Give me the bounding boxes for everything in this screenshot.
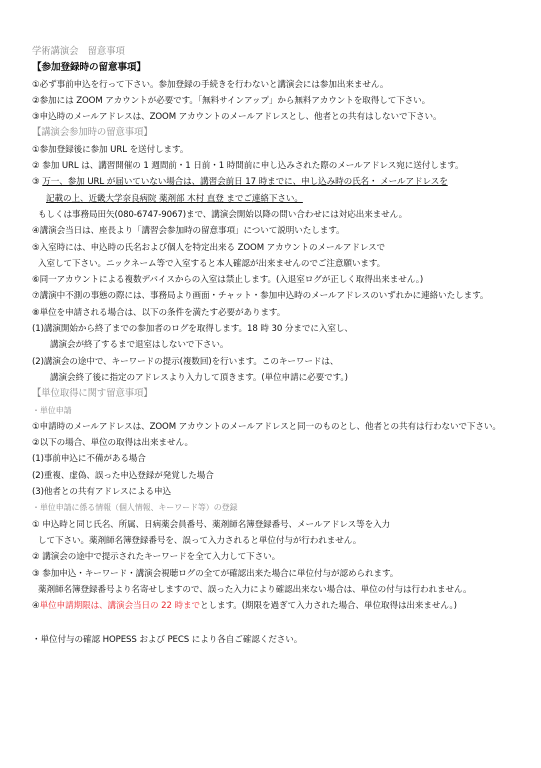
registration-item-1: ①必ず事前申込を行って下さい。参加登録の手続きを行わないと講演会には参加出来ませ…: [32, 77, 522, 93]
footer-note: ・単位付与の確認 HOPESS および PECS により各自ご確認ください。: [32, 632, 522, 648]
attendance-item-3-office: もしくは事務局田矢(080-6747-9067)まで、講演会開始以降の問い合わせ…: [32, 207, 522, 223]
document-page: 学術講演会 留意事項 【参加登録時の留意事項】 ①必ず事前申込を行って下さい。参…: [32, 44, 522, 649]
registration-info-item-1-cont: して下さい。薬剤師名簿登録番号を、誤って入力されると単位付与が行われません。: [32, 533, 522, 549]
registration-item-2: ②参加には ZOOM アカウントが必要です。「無料サインアップ」から無料アカウン…: [32, 93, 522, 109]
deadline-highlight: 単位申請期限は、講演会当日の 22 時まで: [40, 601, 200, 611]
condition-1-cont: 講演会が終了するまで退室はしないで下さい。: [32, 337, 522, 353]
spacer: [32, 614, 522, 632]
credit-case-3: (3)他者との共有アドレスによる申込: [32, 484, 522, 500]
condition-1: (1)講演開始から終了までの参加者のログを取得します。18 時 30 分までに入…: [32, 321, 522, 337]
condition-2: (2)講演会の途中で、キーワードの提示(複数回)を行います。このキーワードは、: [32, 354, 522, 370]
attendance-item-3: ③ 万一、参加 URL が届いていない場合は、講習会前日 17 時までに、申し込…: [32, 174, 522, 190]
registration-info-item-2: ② 講演会の途中で提示されたキーワードを全て入力して下さい。: [32, 549, 522, 565]
registration-info-item-3-cont: 薬剤師名簿登録番号より名寄せしますので、誤った入力により確認出来ない場合は、単位…: [32, 582, 522, 598]
attendance-item-4: ④講演会当日は、座長より「講習会参加時の留意事項」について説明いたします。: [32, 223, 522, 239]
deadline-rest: とします。(期限を過ぎて入力された場合、単位取得は出来ません。): [200, 601, 457, 611]
attendance-item-1: ①参加登録後に参加 URL を送付します。: [32, 142, 522, 158]
credit-application-subheading: ・単位申請: [32, 403, 522, 419]
attendance-item-5-cont: 入室して下さい。ニックネーム等で入室すると本人確認が出来ませんのでご注意願います…: [32, 256, 522, 272]
credit-item-2: ②以下の場合、単位の取得は出来ません。: [32, 435, 522, 451]
registration-item-3: ③申込時のメールアドレスは、ZOOM アカウントのメールアドレスとし、他者との共…: [32, 109, 522, 125]
attendance-item-8: ⑧単位を申請される場合は、以下の条件を満たす必要があります。: [32, 305, 522, 321]
registration-info-item-3: ③ 参加申込・キーワード・講演会視聴ログの全てが確認出来た場合に単位付与が認めら…: [32, 566, 522, 582]
section-attendance-heading: 【講演会参加時の留意事項】: [32, 125, 522, 141]
section-credit-heading: 【単位取得に関す留意事項】: [32, 386, 522, 402]
registration-info-item-1: ① 申込時と同じ氏名、所属、日病薬会員番号、薬剤師名簿登録番号、メールアドレス等…: [32, 517, 522, 533]
attendance-item-3-underlined: 万一、参加 URL が届いていない場合は、講習会前日 17 時までに、申し込み時…: [42, 177, 447, 187]
attendance-item-3-contact-underlined: 記載の上、近畿大学奈良病院 薬剤部 木村 直登 までご連絡下さい。: [46, 194, 303, 204]
credit-case-1: (1)事前申込に不備がある場合: [32, 451, 522, 467]
attendance-item-5: ⑤入室時には、申込時の氏名および個人を特定出来る ZOOM アカウントのメールア…: [32, 240, 522, 256]
attendance-item-6: ⑥同一アカウントによる複数デバイスからの入室は禁止します。(入退室ログが正しく取…: [32, 272, 522, 288]
credit-item-1: ①申請時のメールアドレスは、ZOOM アカウントのメールアドレスと同一のものとし…: [32, 419, 522, 435]
attendance-item-7: ⑦講演中不測の事態の際には、事務局より画面・チャット・参加申込時のメールアドレス…: [32, 288, 522, 304]
registration-info-item-4: ④単位申請期限は、講演会当日の 22 時までとします。(期限を過ぎて入力された場…: [32, 598, 522, 614]
attendance-item-2: ② 参加 URL は、講習開催の 1 週間前・1 日前・1 時間前に申し込みされ…: [32, 158, 522, 174]
document-title: 学術講演会 留意事項: [32, 44, 522, 60]
credit-case-2: (2)重複、虚偽、誤った申込登録が発覚した場合: [32, 468, 522, 484]
section-registration-heading: 【参加登録時の留意事項】: [32, 60, 522, 76]
condition-2-cont: 講演会終了後に指定のアドレスより入力して頂きます。(単位申請に必要です。): [32, 370, 522, 386]
attendance-item-3-contact: 記載の上、近畿大学奈良病院 薬剤部 木村 直登 までご連絡下さい。: [32, 191, 522, 207]
credit-registration-subheading: ・単位申請に係る情報（個人情報、キーワード等）の登録: [32, 500, 522, 516]
deadline-number: ④: [32, 601, 40, 611]
attendance-item-3-number: ③: [32, 177, 42, 187]
